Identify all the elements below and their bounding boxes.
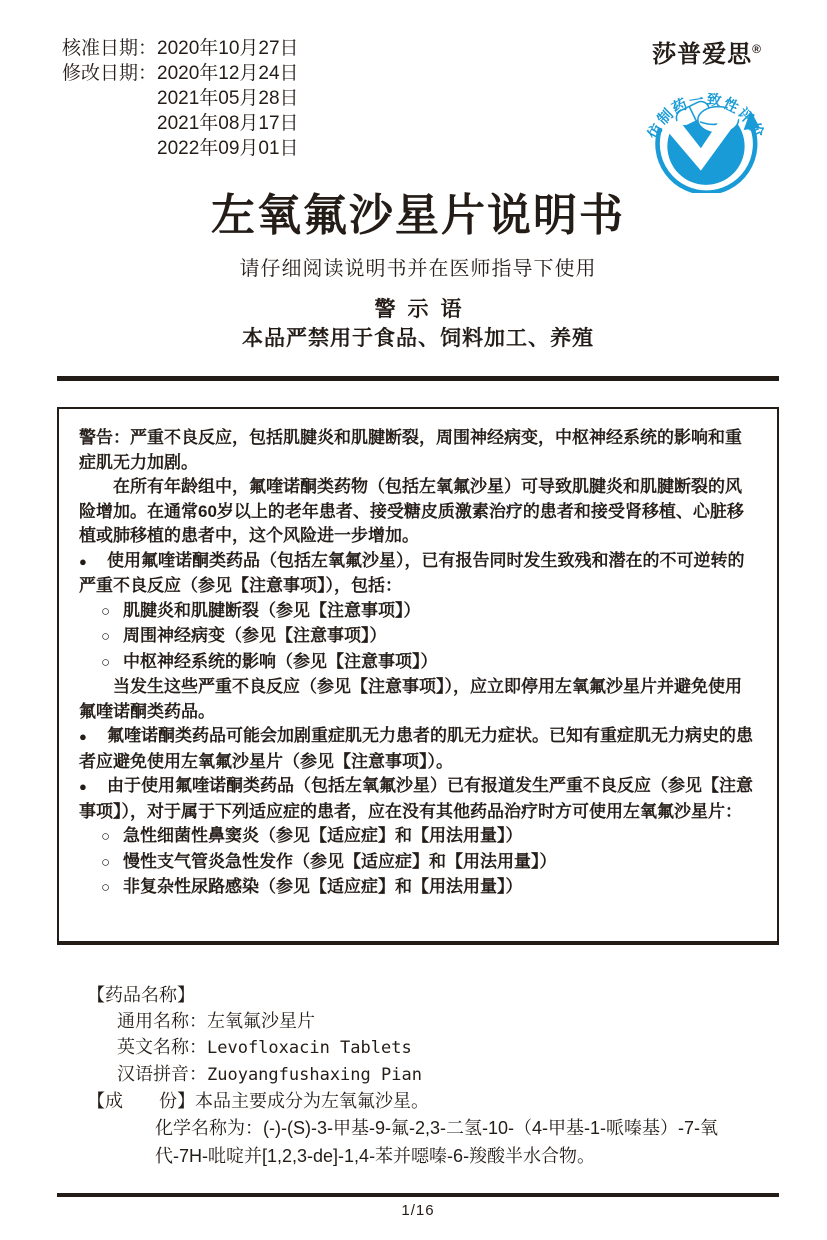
- sub-bullet-icon: ○: [101, 851, 123, 876]
- revised-date: 2020年12月24日: [157, 63, 299, 84]
- warning-paragraph: ○周围神经病变（参见【注意事项】）: [79, 624, 757, 650]
- composition-lead: 本品主要成分为左氧氟沙星。: [195, 1091, 429, 1111]
- warning-text: 肌腱炎和肌腱断裂（参见【注意事项】）: [123, 601, 421, 620]
- generic-name-row: 通用名称：左氧氟沙星片: [117, 1008, 779, 1034]
- sub-bullet-icon: ○: [101, 876, 123, 901]
- page-number: 1/16: [57, 1202, 779, 1219]
- brand-name: 莎普爱思®: [640, 34, 774, 69]
- revised-date-row: 2021年05月28日: [62, 86, 299, 111]
- warning-paragraph: ○慢性支气管炎急性发作（参见【适应症】和【用法用量】）: [79, 850, 757, 876]
- generic-name-label: 通用名称：: [117, 1011, 207, 1031]
- revised-date: 2021年08月17日: [157, 113, 299, 134]
- page-subtitle: 请仔细阅读说明书并在医师指导下使用: [57, 252, 779, 281]
- revised-date: 2021年05月28日: [157, 88, 299, 109]
- header-dates: 核准日期：2020年10月27日 修改日期：2020年12月24日 2021年0…: [62, 36, 299, 161]
- revised-date: 2022年09月01日: [157, 138, 299, 159]
- warning-paragraph: ○中枢神经系统的影响（参见【注意事项】）: [79, 650, 757, 676]
- revised-date-row: 2021年08月17日: [62, 111, 299, 136]
- warning-text: 当发生这些严重不良反应（参见【注意事项】），应立即停用左氧氟沙星片并避免使用氟喹…: [79, 677, 742, 721]
- english-name-value: Levofloxacin Tablets: [207, 1038, 412, 1058]
- pinyin-name-row: 汉语拼音：Zuoyangfushaxing Pian: [117, 1061, 779, 1088]
- section-header-composition: 【成 份】: [87, 1091, 195, 1111]
- page-title: 左氧氟沙星片说明书: [57, 192, 779, 240]
- pinyin-name-value: Zuoyangfushaxing Pian: [207, 1065, 422, 1085]
- bullet-icon: ●: [79, 550, 107, 575]
- approved-date-row: 核准日期：2020年10月27日: [62, 36, 299, 61]
- english-name-row: 英文名称：Levofloxacin Tablets: [117, 1034, 779, 1061]
- pinyin-name-label: 汉语拼音：: [117, 1064, 207, 1084]
- warning-paragraph: 当发生这些严重不良反应（参见【注意事项】），应立即停用左氧氟沙星片并避免使用氟喹…: [79, 675, 757, 724]
- warning-paragraph: ●使用氟喹诺酮类药品（包括左氧氟沙星），已有报告同时发生致残和潜在的不可逆转的严…: [79, 549, 757, 599]
- sub-bullet-icon: ○: [101, 825, 123, 850]
- warning-text: 警告：严重不良反应，包括肌腱炎和肌腱断裂，周围神经病变，中枢神经系统的影响和重症…: [79, 428, 742, 472]
- sub-bullet-icon: ○: [101, 651, 123, 676]
- body-sections: 【药品名称】 通用名称：左氧氟沙星片 英文名称：Levofloxacin Tab…: [57, 982, 779, 1170]
- footer-rule: [57, 1193, 779, 1197]
- warning-text: 周围神经病变（参见【注意事项】）: [123, 626, 387, 645]
- warning-heading: 警示语: [57, 293, 779, 323]
- sub-bullet-icon: ○: [101, 625, 123, 650]
- warning-paragraph: 在所有年龄组中，氟喹诺酮类药物（包括左氧氟沙星）可导致肌腱炎和肌腱断裂的风险增加…: [79, 475, 757, 549]
- bullet-icon: ●: [79, 775, 107, 800]
- warning-paragraph: ●氟喹诺酮类药品可能会加剧重症肌无力患者的肌无力症状。已知有重症肌无力病史的患者…: [79, 724, 757, 774]
- brand-logo: 莎普爱思® 仿制药一致性评价: [640, 34, 774, 198]
- english-name-label: 英文名称：: [117, 1037, 207, 1057]
- warning-text: 氟喹诺酮类药品可能会加剧重症肌无力患者的肌无力症状。已知有重症肌无力病史的患者应…: [79, 726, 753, 771]
- warning-paragraph: ○非复杂性尿路感染（参见【适应症】和【用法用量】）: [79, 875, 757, 901]
- warning-text: 在所有年龄组中，氟喹诺酮类药物（包括左氧氟沙星）可导致肌腱炎和肌腱断裂的风险增加…: [79, 477, 744, 545]
- warning-text: 中枢神经系统的影响（参见【注意事项】）: [123, 652, 438, 671]
- warning-text: 由于使用氟喹诺酮类药品（包括左氧氟沙星）已有报道发生严重不良反应（参见【注意事项…: [79, 776, 753, 821]
- warning-text: 非复杂性尿路感染（参见【适应症】和【用法用量】）: [123, 877, 523, 896]
- divider-rule: [57, 376, 779, 381]
- chemical-name: 化学名称为：(-)-(S)-3-甲基-9-氟-2,3-二氢-10-（4-甲基-1…: [155, 1114, 751, 1170]
- warning-paragraph: ○肌腱炎和肌腱断裂（参见【注意事项】）: [79, 599, 757, 625]
- bullet-icon: ●: [79, 725, 107, 750]
- sub-bullet-icon: ○: [101, 600, 123, 625]
- brand-name-text: 莎普爱思: [652, 41, 752, 68]
- consistency-evaluation-badge-icon: 仿制药一致性评价: [645, 71, 769, 193]
- leaflet-page: 核准日期：2020年10月27日 修改日期：2020年12月24日 2021年0…: [0, 0, 827, 1240]
- warning-paragraph: ●由于使用氟喹诺酮类药品（包括左氧氟沙星）已有报道发生严重不良反应（参见【注意事…: [79, 774, 757, 824]
- revised-label: 修改日期：: [62, 63, 157, 84]
- section-header-composition-row: 【成 份】本品主要成分为左氧氟沙星。: [87, 1088, 779, 1114]
- boxed-warning: 警告：严重不良反应，包括肌腱炎和肌腱断裂，周围神经病变，中枢神经系统的影响和重症…: [57, 407, 779, 945]
- approved-label: 核准日期：: [62, 38, 157, 59]
- warning-paragraph: ○急性细菌性鼻窦炎（参见【适应症】和【用法用量】）: [79, 824, 757, 850]
- warning-text: 急性细菌性鼻窦炎（参见【适应症】和【用法用量】）: [123, 826, 523, 845]
- warning-statement: 本品严禁用于食品、饲料加工、养殖: [57, 322, 779, 352]
- approved-date: 2020年10月27日: [157, 38, 299, 59]
- warning-paragraph: 警告：严重不良反应，包括肌腱炎和肌腱断裂，周围神经病变，中枢神经系统的影响和重症…: [79, 426, 757, 475]
- warning-text: 使用氟喹诺酮类药品（包括左氧氟沙星），已有报告同时发生致残和潜在的不可逆转的严重…: [79, 551, 745, 596]
- revised-date-row: 2022年09月01日: [62, 136, 299, 161]
- warning-text: 慢性支气管炎急性发作（参见【适应症】和【用法用量】）: [123, 852, 557, 871]
- revised-date-row: 修改日期：2020年12月24日: [62, 61, 299, 86]
- registered-mark: ®: [752, 42, 762, 56]
- generic-name-value: 左氧氟沙星片: [207, 1011, 315, 1031]
- section-header-drug-name: 【药品名称】: [87, 982, 779, 1008]
- chemical-name-label: 化学名称为：: [155, 1118, 263, 1138]
